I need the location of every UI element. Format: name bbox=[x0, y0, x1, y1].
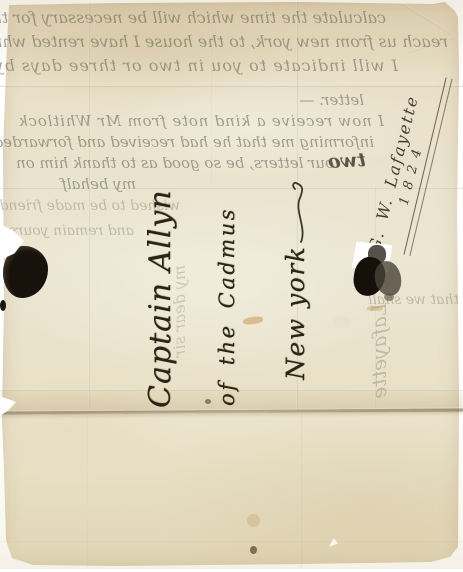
bleed-line: our letters, be so good as to thank him … bbox=[6, 153, 334, 174]
address-recipient: Captain Allyn bbox=[124, 200, 194, 408]
bleed-through-paragraph-top: calculate the time which will be necessa… bbox=[6, 6, 456, 78]
bleed-line: calculate the time which will be necessa… bbox=[6, 6, 386, 30]
address-city-row: New york bbox=[266, 200, 336, 380]
address-ship: of the Cadmus bbox=[194, 200, 266, 406]
bleed-line: informing me that he had received and fo… bbox=[6, 132, 374, 153]
address-block: Captain Allyn of the Cadmus New york bbox=[124, 200, 340, 410]
bleed-line: my behalf bbox=[6, 174, 136, 195]
bleed-line: and remain yours bbox=[0, 219, 134, 244]
bleed-line: reach us from new york, to the house I h… bbox=[6, 30, 448, 54]
scanned-letter-image: calculate the time which will be necessa… bbox=[0, 0, 463, 572]
bleed-line: letter. — bbox=[6, 90, 364, 111]
address-city: New york bbox=[281, 246, 310, 380]
bleed-ghost-signature: Lafayette bbox=[367, 303, 403, 413]
underline-flourish-icon bbox=[292, 180, 308, 244]
bleed-line: I will indicate to you in two or three d… bbox=[6, 54, 398, 78]
bleed-line: I now receive a kind note from Mr Whitlo… bbox=[6, 111, 384, 132]
